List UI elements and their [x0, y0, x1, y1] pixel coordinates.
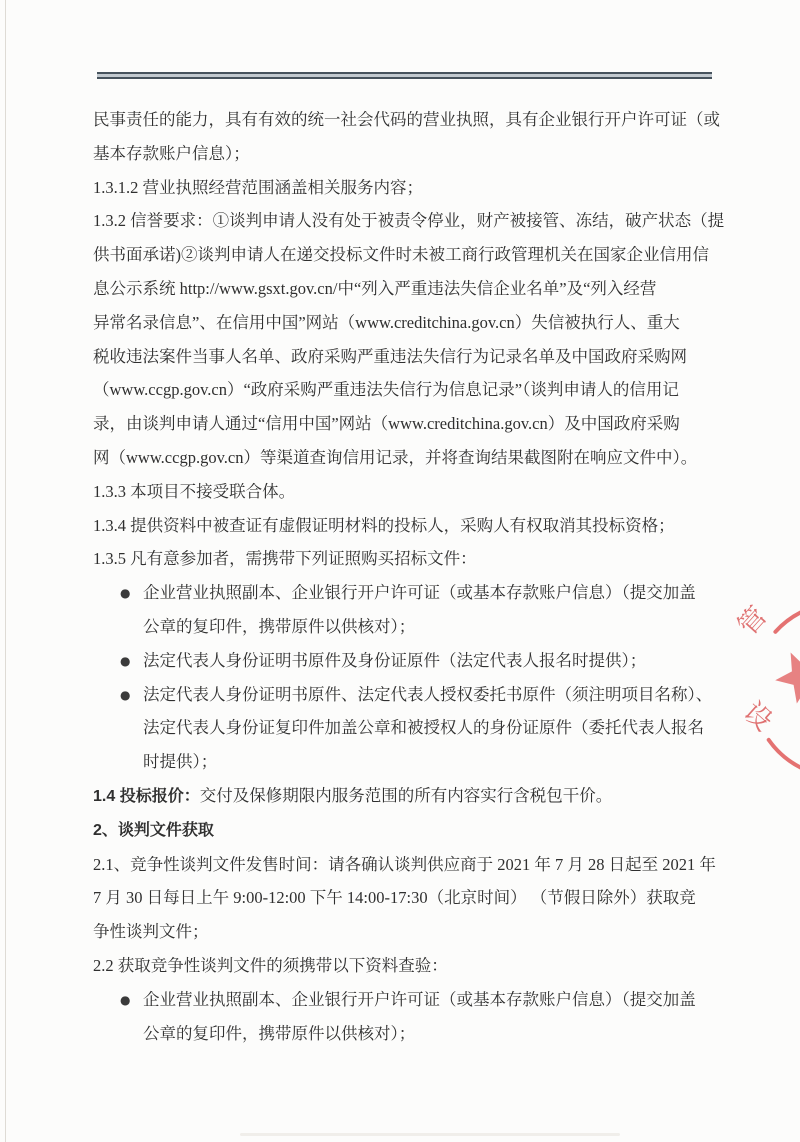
text-line: 2.2 获取竞争性谈判文件的须携带以下资料查验：: [93, 949, 718, 983]
bullet-item: 时提供）；: [93, 745, 718, 779]
text-line: 1.3.5 凡有意参加者，需携带下列证照购买招标文件：: [93, 542, 718, 576]
line-text: 1.3.4 提供资料中被查证有虚假证明材料的投标人，采购人有权取消其投标资格；: [93, 516, 675, 535]
line-text: 网（www.ccgp.gov.cn）等渠道查询信用记录，并将查询结果截图附在响应…: [93, 448, 697, 467]
line-text: 供书面承诺)②谈判申请人在递交投标文件时未被工商行政管理机关在国家企业信用信: [93, 245, 709, 264]
bullet-item: ●法定代表人身份证明书原件及身份证原件（法定代表人报名时提供）；: [93, 644, 718, 678]
line-text: 息公示系统 http://www.gsxt.gov.cn/中“列入严重违法失信企…: [93, 279, 656, 298]
bullet-icon: ●: [120, 984, 130, 1018]
text-line: 税收违法案件当事人名单、政府采购严重违法失信行为记录名单及中国政府采购网: [93, 340, 718, 374]
line-text: 录，由谈判申请人通过“信用中国”网站（www.creditchina.gov.c…: [93, 414, 680, 433]
line-text: 基本存款账户信息）；: [93, 144, 250, 163]
line-text: 1.3.3 本项目不接受联合体。: [93, 482, 295, 501]
text-line: 供书面承诺)②谈判申请人在递交投标文件时未被工商行政管理机关在国家企业信用信: [93, 238, 718, 272]
seal-circle-arc-bottom: [769, 740, 800, 769]
document-content: 民事责任的能力，具有有效的统一社会代码的营业执照，具有企业银行开户许可证（或基本…: [93, 103, 718, 1050]
text-line: 1.3.3 本项目不接受联合体。: [93, 475, 718, 509]
line-text: 2.1、竞争性谈判文件发售时间：请各确认谈判供应商于 2021 年 7 月 28…: [93, 855, 716, 874]
text-line: 2.1、竞争性谈判文件发售时间：请各确认谈判供应商于 2021 年 7 月 28…: [93, 848, 718, 882]
bullet-item: ●法定代表人身份证明书原件、法定代表人授权委托书原件（须注明项目名称）、: [93, 678, 718, 712]
bullet-item: 公章的复印件，携带原件以供核对）；: [93, 610, 718, 644]
line-text: 交付及保修期限内服务范围的所有内容实行含税包干价。: [200, 786, 613, 805]
line-text: 时提供）；: [143, 752, 217, 771]
bullet-icon: ●: [120, 645, 130, 679]
seal-star-icon: [767, 642, 800, 708]
text-line: 网（www.ccgp.gov.cn）等渠道查询信用记录，并将查询结果截图附在响应…: [93, 441, 718, 475]
line-text: 企业营业执照副本、企业银行开户许可证（或基本存款账户信息）（提交加盖: [143, 990, 696, 1009]
bullet-item: 法定代表人身份证复印件加盖公章和被授权人的身份证原件（委托代表人报名: [93, 711, 718, 745]
text-line: （www.ccgp.gov.cn）“政府采购严重违法失信行为信息记录”（谈判申请…: [93, 373, 718, 407]
page-scan-edge: [5, 0, 6, 1142]
bullet-item: 公章的复印件，携带原件以供核对）；: [93, 1017, 718, 1051]
text-line: 录，由谈判申请人通过“信用中国”网站（www.creditchina.gov.c…: [93, 407, 718, 441]
official-seal-stamp: 管 设: [730, 575, 800, 785]
text-line: 民事责任的能力，具有有效的统一社会代码的营业执照，具有企业银行开户许可证（或: [93, 103, 718, 137]
text-line: 异常名录信息”、在信用中国”网站（www.creditchina.gov.cn）…: [93, 306, 718, 340]
line-text: 公章的复印件，携带原件以供核对）；: [143, 617, 415, 636]
line-text: 企业营业执照副本、企业银行开户许可证（或基本存款账户信息）（提交加盖: [143, 583, 696, 602]
text-line: 1.3.1.2 营业执照经营范围涵盖相关服务内容；: [93, 171, 718, 205]
line-text: （www.ccgp.gov.cn）“政府采购严重违法失信行为信息记录”（谈判申请…: [93, 380, 679, 399]
document-page: 民事责任的能力，具有有效的统一社会代码的营业执照，具有企业银行开户许可证（或基本…: [0, 0, 800, 1142]
text-line: 1.4 投标报价：交付及保修期限内服务范围的所有内容实行含税包干价。: [93, 779, 718, 814]
line-text: 异常名录信息”、在信用中国”网站（www.creditchina.gov.cn）…: [93, 313, 680, 332]
line-text: 1.3.5 凡有意参加者，需携带下列证照购买招标文件：: [93, 549, 477, 568]
text-line: 2、谈判文件获取: [93, 814, 718, 848]
seal-circle-arc-top: [775, 606, 800, 632]
line-text: 法定代表人身份证复印件加盖公章和被授权人的身份证原件（委托代表人报名: [143, 718, 704, 737]
bold-label: 1.4 投标报价：: [93, 788, 200, 805]
header-double-rule: [97, 72, 712, 79]
text-line: 基本存款账户信息）；: [93, 137, 718, 171]
seal-character-bottom: 设: [738, 696, 778, 736]
text-line: 1.3.2 信誉要求：①谈判申请人没有处于被责令停业，财产被接管、冻结，破产状态…: [93, 204, 718, 238]
line-text: 2、谈判文件获取: [93, 822, 214, 839]
line-text: 争性谈判文件；: [93, 922, 209, 941]
line-text: 公章的复印件，携带原件以供核对）；: [143, 1024, 415, 1043]
bullet-icon: ●: [120, 577, 130, 611]
text-line: 息公示系统 http://www.gsxt.gov.cn/中“列入严重违法失信企…: [93, 272, 718, 306]
line-text: 1.3.1.2 营业执照经营范围涵盖相关服务内容；: [93, 178, 423, 197]
text-line: 1.3.4 提供资料中被查证有虚假证明材料的投标人，采购人有权取消其投标资格；: [93, 509, 718, 543]
bullet-item: ●企业营业执照副本、企业银行开户许可证（或基本存款账户信息）（提交加盖: [93, 983, 718, 1017]
bullet-item: ●企业营业执照副本、企业银行开户许可证（或基本存款账户信息）（提交加盖: [93, 576, 718, 610]
text-line: 争性谈判文件；: [93, 915, 718, 949]
line-text: 法定代表人身份证明书原件、法定代表人授权委托书原件（须注明项目名称）、: [143, 685, 712, 704]
bullet-icon: ●: [120, 679, 130, 713]
seal-character-top: 管: [732, 601, 772, 641]
line-text: 2.2 获取竞争性谈判文件的须携带以下资料查验：: [93, 956, 448, 975]
line-text: 民事责任的能力，具有有效的统一社会代码的营业执照，具有企业银行开户许可证（或: [93, 110, 720, 129]
line-text: 法定代表人身份证明书原件及身份证原件（法定代表人报名时提供）；: [143, 651, 646, 670]
line-text: 1.3.2 信誉要求：①谈判申请人没有处于被责令停业，财产被接管、冻结，破产状态…: [93, 211, 724, 230]
line-text: 7 月 30 日每日上午 9:00-12:00 下午 14:00-17:30（北…: [93, 888, 696, 907]
line-text: 税收违法案件当事人名单、政府采购严重违法失信行为记录名单及中国政府采购网: [93, 347, 687, 366]
scan-artifact: [240, 1133, 620, 1136]
text-line: 7 月 30 日每日上午 9:00-12:00 下午 14:00-17:30（北…: [93, 881, 718, 915]
